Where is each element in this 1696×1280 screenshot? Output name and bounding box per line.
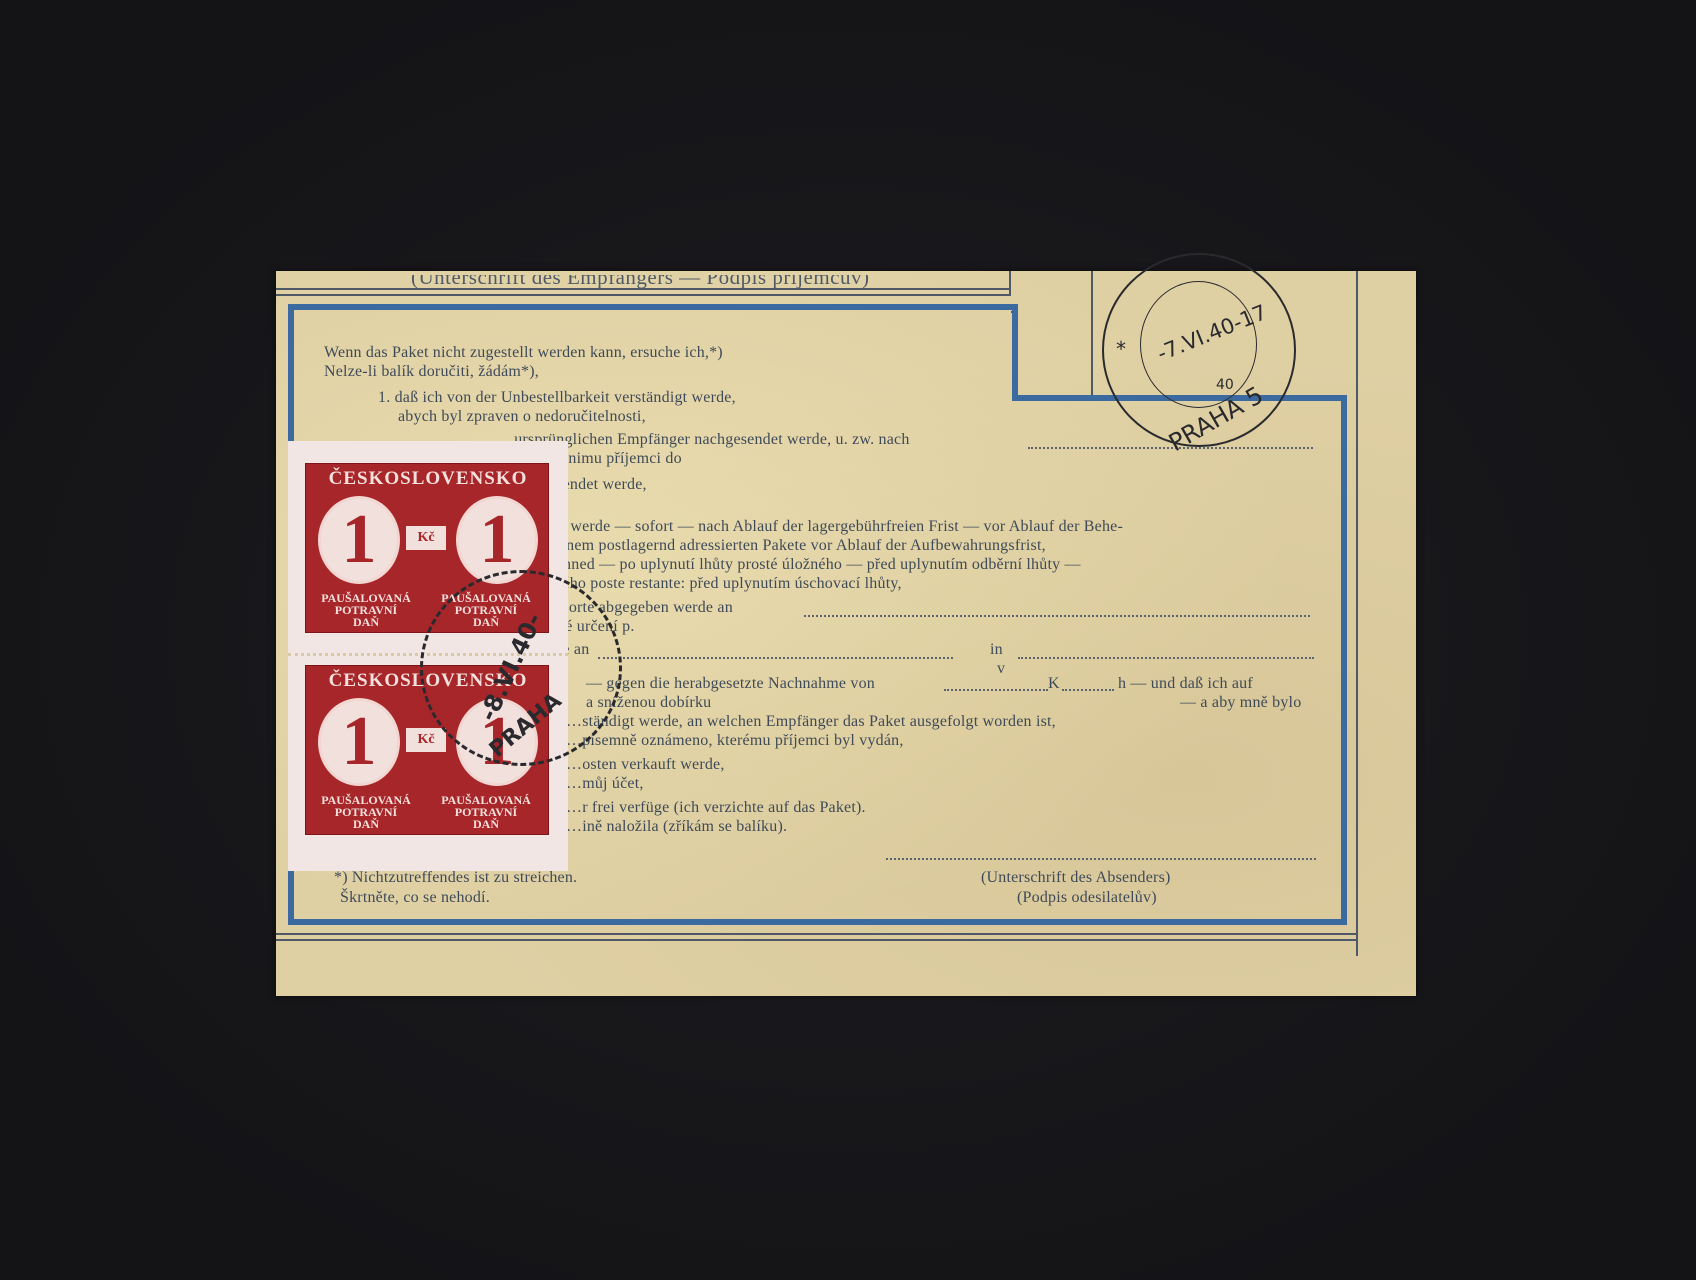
line-2: abych byl zpraven o nedoručitelnosti,	[398, 408, 646, 426]
dotted-field	[944, 689, 1048, 691]
rule	[276, 288, 1011, 290]
line-24: …r frei verfüge (ich verzichte auf das P…	[566, 799, 866, 817]
blue-frame-right	[1341, 395, 1347, 925]
line-21: …písemně oznámeno, kterému příjemci byl …	[566, 732, 904, 750]
dotted-field	[1018, 657, 1314, 659]
line-14: v	[997, 660, 1005, 678]
postmark-praha-stamps: -8.VI.40- PRAHA	[420, 570, 622, 766]
line-20: …ständigt werde, an welchen Empfänger da…	[566, 713, 1056, 731]
line-1: 1. daß ich von der Unbestellbarkeit vers…	[378, 389, 736, 407]
blue-frame-bottom	[288, 919, 1347, 925]
sender-signature-cs: (Podpis odesilatelův)	[1017, 889, 1157, 907]
stamp-caption-left: PAUŠALOVANÁ POTRAVNÍ DAŇ	[310, 592, 422, 628]
line-8: — ihned — po uplynutí lhůty prosté úložn…	[538, 556, 1081, 574]
line-13: in	[990, 641, 1003, 659]
line-9: …ného poste restante: před uplynutím úsc…	[538, 575, 902, 593]
dotted-field	[598, 657, 953, 659]
stamp-value-left: 1	[318, 698, 400, 786]
postmark-praha-5: -7.VI.40-17 40 PRAHA 5 *	[1102, 253, 1296, 447]
rule	[1356, 271, 1358, 956]
blue-frame-top-left	[288, 304, 1018, 310]
intro-de: Wenn das Paket nicht zugestellt werden k…	[324, 344, 723, 362]
stamp-caption-right: PAUŠALOVANÁ POTRAVNÍ DAŇ	[430, 794, 542, 830]
postmark-star-icon: *	[1116, 337, 1126, 361]
rule	[1091, 271, 1093, 395]
footnote-cs: Škrtněte, co se nehodí.	[340, 889, 490, 907]
line-19: — a aby mně bylo	[1180, 694, 1301, 712]
rule	[276, 939, 1358, 941]
sender-signature-line[interactable]	[886, 858, 1316, 860]
rule	[276, 294, 1011, 296]
sender-signature-de: (Unterschrift des Absenders)	[981, 869, 1171, 887]
line-23: …můj účet,	[566, 775, 644, 793]
blue-frame-step	[1012, 304, 1018, 401]
line-7: …einem postlagernd adressierten Pakete v…	[538, 537, 1046, 555]
line-6: …et werde — sofort — nach Ablauf der lag…	[538, 518, 1123, 536]
line-16: K	[1048, 675, 1060, 693]
rule	[276, 933, 1358, 935]
line-22: …osten verkauft werde,	[566, 756, 725, 774]
line-25: …ině naložila (zříkám se balíku).	[566, 818, 787, 836]
line-17: h — und daß ich auf	[1118, 675, 1253, 693]
dotted-field	[1028, 447, 1313, 449]
recipient-signature-label: (Unterschrift des Empfängers — Podpis př…	[411, 265, 869, 290]
stamp-currency: Kč	[406, 728, 446, 752]
stamp-caption-left: PAUŠALOVANÁ POTRAVNÍ DAŇ	[310, 794, 422, 830]
rule	[1009, 271, 1011, 294]
line-15: — gegen die herabgesetzte Nachnahme von	[586, 675, 875, 693]
dotted-field	[804, 615, 1310, 617]
dotted-field	[1062, 689, 1114, 691]
intro-cs: Nelze-li balík doručiti, žádám*),	[324, 363, 539, 381]
stamp-currency: Kč	[406, 526, 446, 550]
stamp-country: ČESKOSLOVENSKO	[312, 468, 544, 490]
stamp-value-left: 1	[318, 496, 400, 584]
footnote-de: *) Nichtzutreffendes ist zu streichen.	[334, 869, 577, 887]
postmark-code: 40	[1216, 377, 1234, 393]
